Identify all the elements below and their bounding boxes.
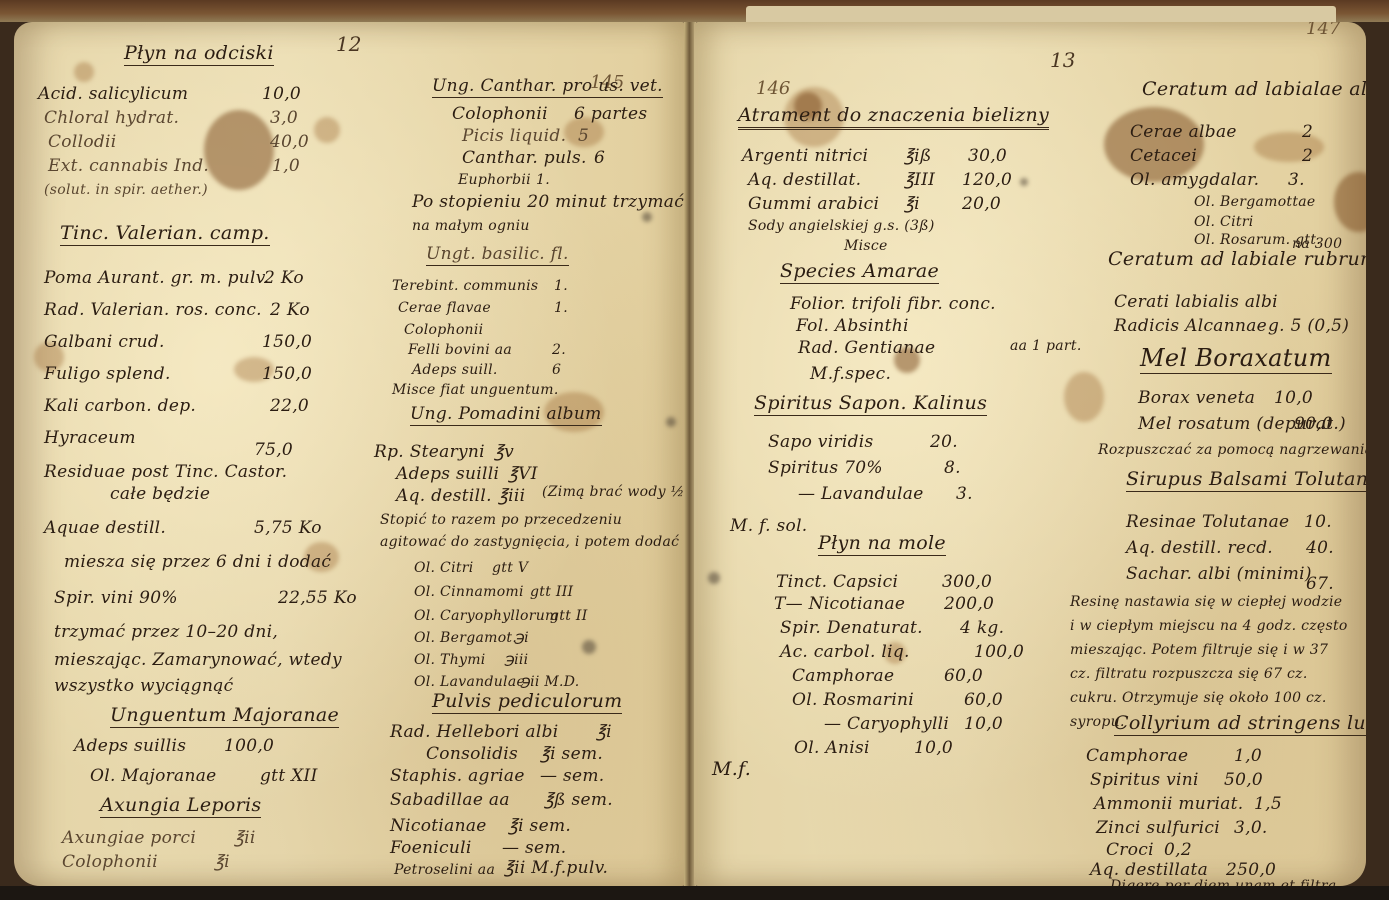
quantity: g. 5 (0,5) xyxy=(1268,316,1349,336)
ingredient: Gummi arabici xyxy=(748,194,879,214)
quantity-metric: 30,0 xyxy=(968,146,1007,166)
recipe-title: Ceratum ad labialae album xyxy=(1142,78,1366,100)
ingredient: Adeps suill. xyxy=(412,362,498,378)
instruction: Misce fiat unguentum. xyxy=(392,382,559,398)
quantity: 1. xyxy=(554,278,568,294)
ingredient: Ext. cannabis Ind. xyxy=(48,156,209,176)
recipe-title: Unguentum Majoranae xyxy=(110,704,339,728)
ingredient: Spiritus 70% xyxy=(768,458,883,478)
ingredient: Resinae Tolutanae xyxy=(1126,512,1289,532)
ingredient: Hyraceum xyxy=(44,428,136,448)
left-page: 12 Płyn na odciski Acid. salicylicum 10,… xyxy=(14,22,686,886)
instruction: M.f. xyxy=(712,758,751,780)
ingredient: Camphorae xyxy=(792,666,894,686)
ingredient: Staphis. agriae xyxy=(390,766,525,786)
ingredient: Acid. salicylicum xyxy=(38,84,188,104)
ingredient: Ol. Thymi xyxy=(414,652,486,668)
ingredient: Borax veneta xyxy=(1138,388,1255,408)
quantity-metric: 120,0 xyxy=(962,170,1012,190)
quantity: ℥i sem. xyxy=(508,816,571,836)
instruction: Rozpuszczać za pomocą nagrzewania. xyxy=(1098,442,1366,458)
quantity: 60,0 xyxy=(944,666,983,686)
ingredient: Ol. Lavandulae xyxy=(414,674,525,690)
ingredient: Ol. Bergamottae xyxy=(1194,194,1316,210)
ingredient: Cetacei xyxy=(1130,146,1197,166)
quantity: 5 xyxy=(578,126,589,146)
quantity: gtt XII xyxy=(260,766,318,786)
quantity: ℥v xyxy=(494,442,514,462)
ingredient: Radicis Alcannae xyxy=(1114,316,1267,336)
instruction: agitować do zastygnięcia, i potem dodać … xyxy=(380,534,686,550)
quantity-metric: 20,0 xyxy=(962,194,1001,214)
recipe-title: Atrament do znaczenia bielizny xyxy=(738,104,1049,130)
ingredient: Galbani crud. xyxy=(44,332,165,352)
quantity: 2 Ko xyxy=(270,300,310,320)
recipe-title: Ung. Canthar. pro us. vet. xyxy=(432,76,663,98)
quantity: 40. xyxy=(1306,538,1334,558)
ingredient: Chloral hydrat. xyxy=(44,108,179,128)
quantity: 3. xyxy=(956,484,973,504)
ingredient: Ol. Anisi xyxy=(794,738,870,758)
quantity: 100,0 xyxy=(974,642,1024,662)
quantity: ℈i xyxy=(514,630,529,646)
quantity: 1,0 xyxy=(1234,746,1262,766)
instruction: Digere per diem unam et filtra. xyxy=(1110,878,1341,886)
quantity: ℥i xyxy=(904,194,920,214)
quantity: 3,0 xyxy=(270,108,298,128)
ingredient: Aq. destillat. xyxy=(748,170,861,190)
quantity: 6 xyxy=(552,362,561,378)
recipe-title: Axungia Leporis xyxy=(100,794,261,818)
ingredient: Fol. Absinthi xyxy=(796,316,909,336)
instruction: mieszając. Zamarynować, wtedy xyxy=(54,650,342,670)
quantity: 2 xyxy=(1302,122,1313,142)
ingredient: Ac. carbol. liq. xyxy=(780,642,910,662)
right-page: 13 147 146 Atrament do znaczenia bielizn… xyxy=(694,22,1366,886)
ingredient: Ol. Majoranae xyxy=(90,766,217,786)
ingredient: — Lavandulae xyxy=(798,484,924,504)
quantity: 1. xyxy=(536,172,550,188)
note: (solut. in spir. aether.) xyxy=(44,182,208,198)
quantity: ℥iß xyxy=(904,146,932,166)
ingredient: Axungiae porci xyxy=(62,828,196,848)
instruction: Misce xyxy=(844,238,888,254)
quantity: 300,0 xyxy=(942,572,992,592)
quantity: 10,0 xyxy=(914,738,953,758)
quantity: 150,0 xyxy=(262,364,312,384)
ingredient: Euphorbii xyxy=(458,172,531,188)
ingredient: Sabadillae aa xyxy=(390,790,510,810)
recipe-title: Collyrium ad stringens lute xyxy=(1114,712,1366,736)
recipe-title: Spiritus Sapon. Kalinus xyxy=(754,392,987,416)
quantity: 200,0 xyxy=(944,594,994,614)
recipe-title: Ung. Pomadini album xyxy=(410,404,602,426)
quantity: — sem. xyxy=(502,838,567,858)
quantity: ℥ß sem. xyxy=(544,790,613,810)
ingredient: Rad. Gentianae xyxy=(798,338,935,358)
ingredient: Kali carbon. dep. xyxy=(44,396,196,416)
recipe-title: Ungt. basilic. fl. xyxy=(426,244,569,266)
ingredient: Sapo viridis xyxy=(768,432,874,452)
quantity: 10. xyxy=(1304,512,1332,532)
ingredient: Felli bovini aa xyxy=(408,342,512,358)
ingredient: Ol. Citri xyxy=(1194,214,1254,230)
ingredient: Spir. Denaturat. xyxy=(780,618,923,638)
quantity: 22,55 Ko xyxy=(278,588,357,608)
ingredient: Residuae post Tinc. Castor. xyxy=(44,462,287,482)
book-cover-bottom-edge xyxy=(0,886,1389,900)
ingredient: Cerae albae xyxy=(1130,122,1237,142)
ingredient: Spir. vini 90% xyxy=(54,588,178,608)
ingredient: Cerae flavae xyxy=(398,300,491,316)
ingredient: Petroselini aa xyxy=(394,862,495,878)
quantity: 60,0 xyxy=(964,690,1003,710)
ingredient: Collodii xyxy=(48,132,117,152)
instruction: Po stopieniu 20 minut trzymać xyxy=(412,192,684,212)
quantity: 10,0 xyxy=(262,84,301,104)
ingredient: T— Nicotianae xyxy=(774,594,905,614)
corner-ref-number: 147 xyxy=(1306,22,1340,39)
ingredient: Rp. Stearyni xyxy=(374,442,485,462)
recipe-title: Mel Boraxatum xyxy=(1140,344,1332,374)
ingredient: Aq. destillata xyxy=(1090,860,1208,880)
ingredient: Rad. Valerian. ros. conc. xyxy=(44,300,262,320)
ingredient: Colophonii xyxy=(62,852,158,872)
quantity: — sem. xyxy=(540,766,605,786)
ingredient: Adeps suilli xyxy=(396,464,499,484)
recipe-title: Pulvis pediculorum xyxy=(432,690,622,714)
quantity: ℥ii M.f.pulv. xyxy=(504,858,608,878)
ingredient: Ol. Bergamot. xyxy=(414,630,517,646)
ingredient: Tinct. Capsici xyxy=(776,572,898,592)
page-number: 13 xyxy=(1050,48,1075,72)
quantity: 250,0 xyxy=(1226,860,1276,880)
ingredient: Aq. destill. xyxy=(396,486,492,506)
quantity: 6 xyxy=(594,148,605,168)
quantity: 1,5 xyxy=(1254,794,1282,814)
ingredient: Camphorae xyxy=(1086,746,1188,766)
ingredient: Croci xyxy=(1106,840,1154,860)
quantity: ℥iii xyxy=(498,486,525,506)
ingredient: Zinci sulfurici xyxy=(1096,818,1220,838)
quantity: 75,0 xyxy=(254,440,293,460)
quantity: 90,0 xyxy=(1294,414,1333,434)
ingredient: Nicotianae xyxy=(390,816,487,836)
ingredient: Argenti nitrici xyxy=(742,146,868,166)
instruction: M.f.spec. xyxy=(810,364,891,384)
ingredient: Rad. Hellebori albi xyxy=(390,722,559,742)
ingredient: — Caryophylli xyxy=(824,714,949,734)
quantity: 100,0 xyxy=(224,736,274,756)
ingredient: Ol. Cinnamomi xyxy=(414,584,524,600)
note: całe będzie xyxy=(110,484,210,504)
ingredient: Ol. amygdalar. xyxy=(1130,170,1259,190)
quantity: gtt III xyxy=(530,584,573,600)
quantity: ℈iii xyxy=(504,652,528,668)
quantity: ℥i xyxy=(596,722,612,742)
quantity: 2. xyxy=(552,342,566,358)
ingredient: Ol. Rosmarini xyxy=(792,690,914,710)
instruction: na małym ogniu xyxy=(412,218,530,234)
ingredient: Aq. destill. recd. xyxy=(1126,538,1273,558)
quantity: ℥i xyxy=(214,852,230,872)
quantity: ℥i sem. xyxy=(540,744,603,764)
ingredient: Consolidis xyxy=(426,744,518,764)
ingredient: Fuligo splend. xyxy=(44,364,171,384)
recipe-title: Species Amarae xyxy=(780,260,939,284)
quantity: aa 1 part. xyxy=(1010,338,1082,354)
quantity: 8. xyxy=(944,458,961,478)
quantity: 6 partes xyxy=(574,104,647,124)
instruction: M. f. sol. xyxy=(730,516,808,536)
quantity: 22,0 xyxy=(270,396,309,416)
quantity: 2 xyxy=(1302,146,1313,166)
quantity: gtt V xyxy=(492,560,528,576)
quantity: 50,0 xyxy=(1224,770,1263,790)
quantity: 0,2 xyxy=(1164,840,1192,860)
quantity: 20. xyxy=(930,432,958,452)
quantity: 5,75 Ko xyxy=(254,518,322,538)
page-number: 12 xyxy=(336,32,361,56)
quantity: 3. xyxy=(1288,170,1305,190)
instruction: wszystko wyciągnąć xyxy=(54,676,233,696)
ingredient: Cerati labialis albi xyxy=(1114,292,1278,312)
quantity: ℥III xyxy=(904,170,935,190)
quantity: 150,0 xyxy=(262,332,312,352)
ingredient: Foeniculi xyxy=(390,838,472,858)
ingredient: Aquae destill. xyxy=(44,518,166,538)
quantity: 1. xyxy=(554,300,568,316)
ingredient: Colophonii xyxy=(452,104,548,124)
quantity: 2 Ko xyxy=(264,268,304,288)
recipe-title: Płyn na odciski xyxy=(124,42,274,66)
ingredient: Colophonii xyxy=(404,322,483,338)
recipe-ref-number: 146 xyxy=(756,78,790,99)
quantity: 4 kg. xyxy=(960,618,1004,638)
quantity: ℈ii M.D. xyxy=(520,674,580,690)
quantity: 3,0. xyxy=(1234,818,1268,838)
ingredient: Sody angielskiej g.s. (3ß) xyxy=(748,218,935,234)
instruction: trzymać przez 10–20 dni, xyxy=(54,622,278,642)
instruction: Stopić to razem po przecedzeniu xyxy=(380,512,622,528)
recipe-title: Płyn na mole xyxy=(818,532,946,556)
ingredient: Adeps suillis xyxy=(74,736,186,756)
recipe-title: Tinc. Valerian. camp. xyxy=(60,222,270,246)
quantity: 10,0 xyxy=(964,714,1003,734)
quantity: gtt II xyxy=(550,608,588,624)
ingredient: Poma Aurant. gr. m. pulv. xyxy=(44,268,269,288)
ingredient: Ol. Citri xyxy=(414,560,474,576)
quantity: 1,0 xyxy=(272,156,300,176)
recipe-title: Sirupus Balsami Tolutani xyxy=(1126,468,1366,492)
ingredient: Folior. trifoli fibr. conc. xyxy=(790,294,996,314)
ingredient: Sachar. albi (minimi) xyxy=(1126,564,1312,584)
ingredient: Spiritus vini xyxy=(1090,770,1199,790)
quantity: ℥VI xyxy=(508,464,538,484)
quantity: 40,0 xyxy=(270,132,309,152)
quantity: ℥ii xyxy=(234,828,256,848)
ingredient: Terebint. communis xyxy=(392,278,538,294)
ingredient: Picis liquid. xyxy=(462,126,566,146)
ingredient: Ol. Caryophyllorum xyxy=(414,608,559,624)
ingredient: Canthar. puls. xyxy=(462,148,587,168)
quantity: 10,0 xyxy=(1274,388,1313,408)
ingredient: Ammonii muriat. xyxy=(1094,794,1243,814)
instruction: miesza się przez 6 dni i dodać xyxy=(64,552,331,572)
note: (Zimą brać wody ½ więcej) xyxy=(542,484,686,500)
note: na 300 xyxy=(1292,236,1342,252)
